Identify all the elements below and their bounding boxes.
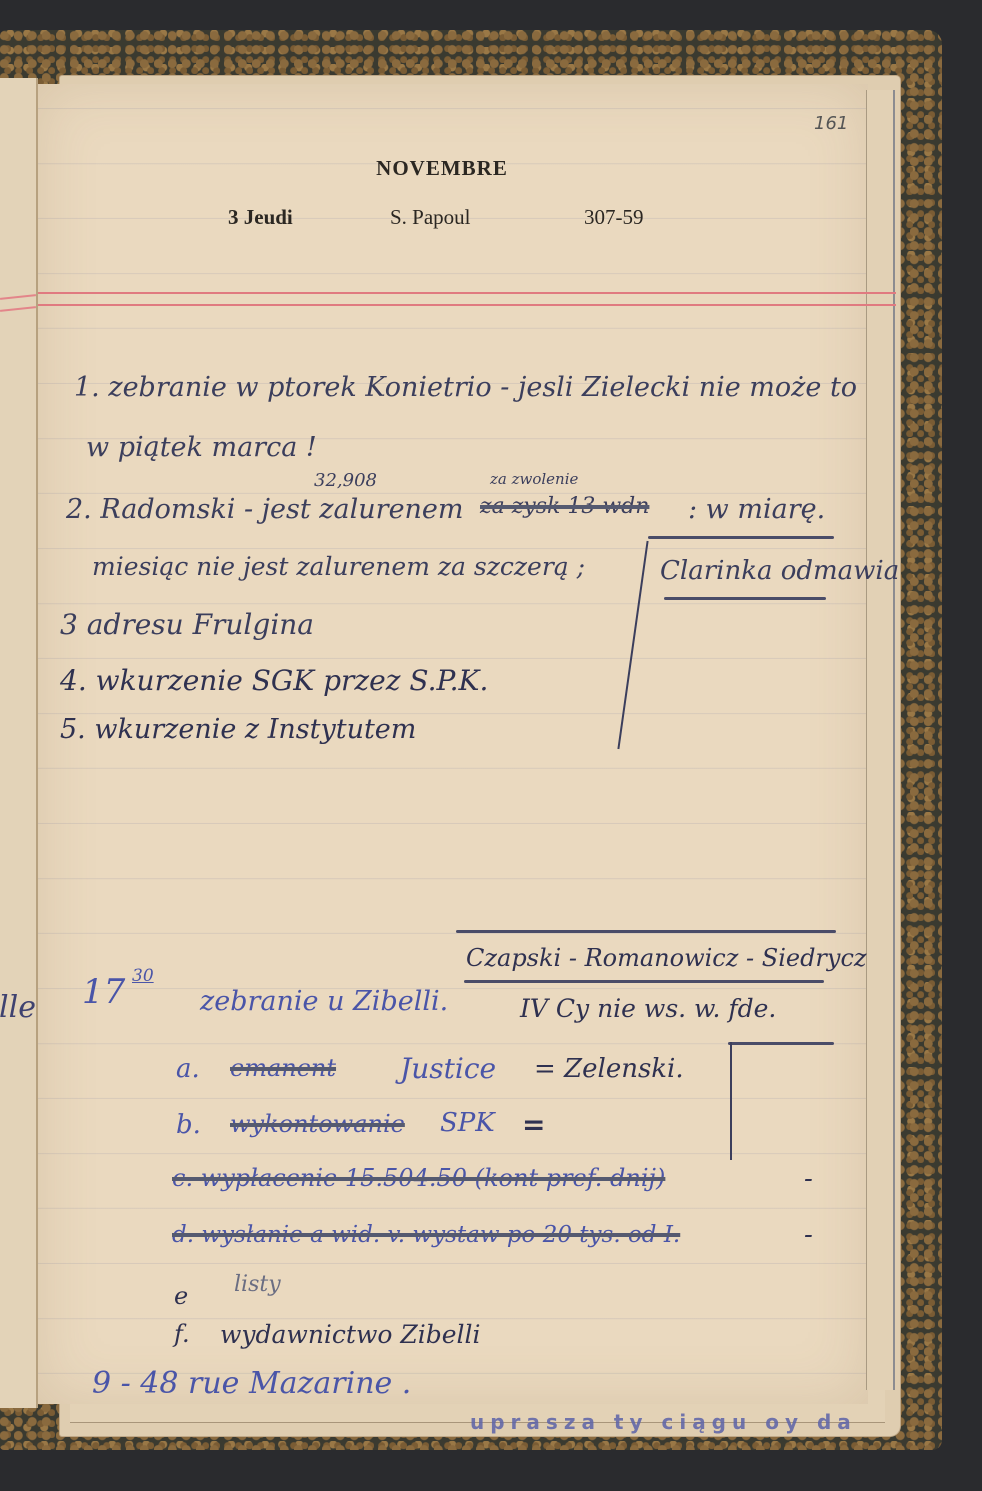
item-b-struck: wykontowanie bbox=[230, 1110, 405, 1138]
day-label: 3 Jeudi bbox=[228, 205, 293, 230]
item-b-label: b. bbox=[176, 1110, 201, 1140]
red-rule bbox=[0, 306, 36, 312]
month-heading: NOVEMBRE bbox=[0, 156, 884, 181]
bracket-top bbox=[728, 1042, 834, 1045]
red-rule-bottom bbox=[38, 304, 896, 306]
item-d-dash: - bbox=[804, 1220, 813, 1250]
entry-1-cont: w piątek marca ! bbox=[86, 432, 317, 463]
item-f-text: wydawnictwo Zibelli bbox=[220, 1320, 481, 1349]
item-b-text: SPK bbox=[440, 1108, 495, 1138]
meeting-hour: 17 bbox=[82, 972, 125, 1012]
entry-3: 3 adresu Frulgina bbox=[60, 608, 314, 641]
page-edges bbox=[866, 90, 895, 1390]
meeting-title: zebranie u Zibelli. bbox=[200, 986, 448, 1017]
item-c-dash: - bbox=[804, 1164, 813, 1194]
saint-label: S. Papoul bbox=[390, 205, 471, 230]
item-a-label: a. bbox=[176, 1054, 200, 1084]
correction-above: za zwolenie bbox=[490, 470, 578, 488]
entry-2-after: : w miarę. bbox=[688, 494, 825, 525]
item-b-after: = bbox=[522, 1108, 545, 1141]
item-e-text: listy bbox=[234, 1272, 281, 1297]
left-page-word: zelle bbox=[0, 990, 36, 1025]
bracket-line bbox=[730, 1042, 732, 1160]
entry-1: 1. zebranie w ptorek Konietrio - jesli Z… bbox=[74, 372, 857, 403]
underline bbox=[648, 536, 834, 539]
entry-2-cont: miesiąc nie jest zalurenem za szczerą ; bbox=[92, 552, 585, 581]
item-c-struck: c. wypłacenie 15.504.50 (kont pref. dnij… bbox=[172, 1164, 665, 1192]
item-f-label: f. bbox=[174, 1320, 190, 1348]
meeting-minutes: 30 bbox=[132, 966, 154, 986]
red-rule bbox=[0, 294, 36, 300]
left-page-fragment: zelle bbox=[0, 78, 38, 1408]
item-a-after: = Zelenski. bbox=[534, 1054, 684, 1084]
page-number: 161 bbox=[814, 113, 848, 134]
entry-5: 5. wkurzenie z Instytutem bbox=[60, 714, 416, 745]
rule-below-attendees bbox=[464, 980, 824, 983]
superscript-amount: 32,908 bbox=[314, 470, 377, 491]
rule-above-attendees bbox=[456, 930, 836, 933]
attendees-note: IV Cy nie ws. w. fde. bbox=[520, 994, 776, 1023]
bleed-through-text: uprasza ty ciągu oy da bbox=[470, 1410, 857, 1434]
attendees: Czapski - Romanowicz - Siedrycz bbox=[466, 944, 867, 972]
item-a-struck: emanent bbox=[230, 1054, 336, 1082]
closing-line: 9 - 48 rue Mazarine . bbox=[92, 1366, 411, 1401]
day-of-year: 307-59 bbox=[584, 205, 644, 230]
side-note: Clarinka odmawia bbox=[660, 556, 899, 586]
item-e-label: e bbox=[174, 1282, 188, 1310]
entry-2-struck: za zysk 13 wdn bbox=[480, 494, 649, 519]
entry-2: 2. Radomski - jest zalurenem bbox=[66, 494, 464, 525]
item-d-struck: d. wysłanie a wid. v. wystaw po 20 tys. … bbox=[172, 1222, 680, 1248]
entry-4: 4. wkurzenie SGK przez S.P.K. bbox=[60, 664, 488, 697]
red-rule-top bbox=[38, 292, 896, 294]
item-a-text: Justice bbox=[400, 1052, 496, 1085]
underline bbox=[664, 597, 826, 600]
